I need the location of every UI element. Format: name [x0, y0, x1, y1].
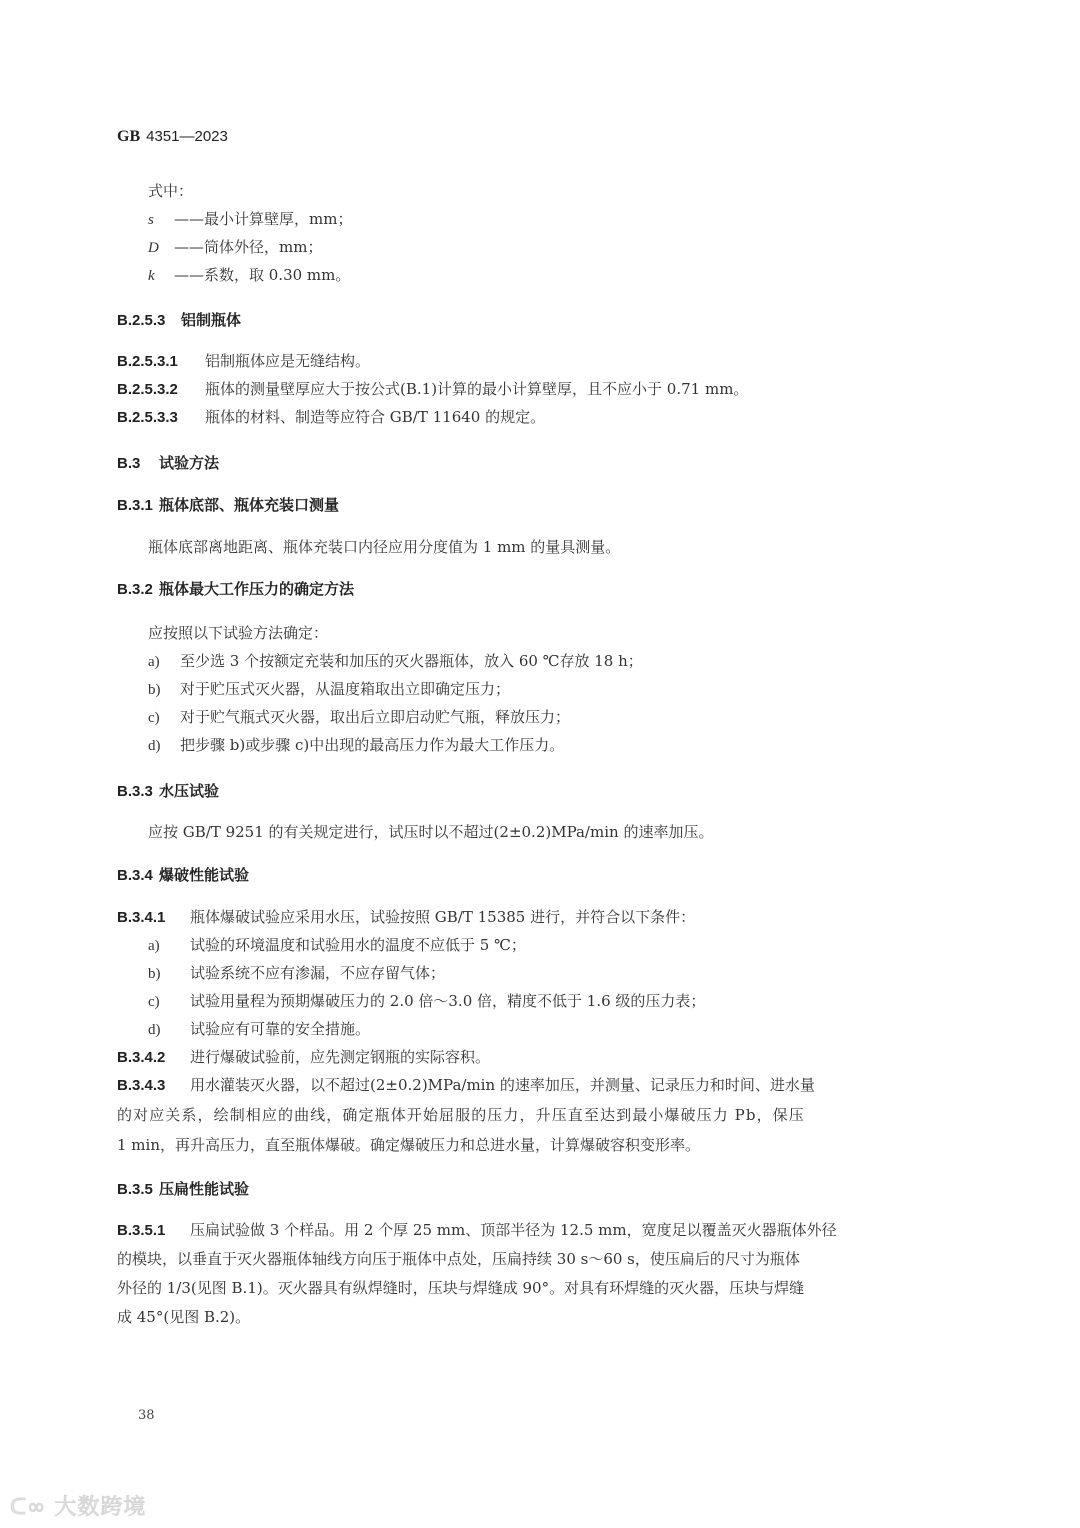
item-label: b) [148, 682, 180, 699]
clause-b351-line2: 的模块，以垂直于灭火器瓶体轴线方向压于瓶体中点处，压扁持续 30 s～60 s，… [117, 1248, 800, 1269]
item-text: 试验用量程为预期爆破压力的 2.0 倍～3.0 倍，精度不低于 1.6 级的压力… [190, 992, 705, 1010]
list-item: c)对于贮气瓶式灭火器，取出后立即启动贮气瓶，释放压力； [148, 706, 570, 727]
item-label: c) [148, 994, 190, 1011]
heading-title: 瓶体最大工作压力的确定方法 [159, 580, 354, 598]
clause-b342: B.3.4.2进行爆破试验前，应先测定钢瓶的实际容积。 [117, 1046, 490, 1067]
standard-code: 4351—2023 [146, 128, 228, 145]
heading-b253: B.2.5.3铝制瓶体 [117, 309, 241, 330]
item-text: 试验系统不应有渗漏，不应存留气体； [190, 964, 445, 982]
list-item: a)试验的环境温度和试验用水的温度不应低于 5 ℃； [148, 934, 526, 955]
clause-b2533: B.2.5.3.3瓶体的材料、制造等应符合 GB/T 11640 的规定。 [117, 406, 545, 427]
clause-number: B.3.5 [117, 1181, 159, 1198]
clause-text: 进行爆破试验前，应先测定钢瓶的实际容积。 [190, 1048, 490, 1066]
heading-b3: B.3试验方法 [117, 452, 219, 473]
list-item: b)试验系统不应有渗漏，不应存留气体； [148, 962, 445, 983]
var-k: k——系数，取 0.30 mm。 [148, 264, 350, 285]
heading-title: 爆破性能试验 [159, 866, 249, 884]
intro-b32: 应按照以下试验方法确定： [148, 622, 328, 643]
item-text: 至少选 3 个按额定充装和加压的灭火器瓶体，放入 60 ℃存放 18 h； [180, 652, 643, 670]
paragraph-b31: 瓶体底部离地距离、瓶体充装口内径应用分度值为 1 mm 的量具测量。 [148, 536, 620, 557]
heading-b31: B.3.1瓶体底部、瓶体充装口测量 [117, 494, 339, 515]
var-symbol: D [148, 240, 174, 257]
item-text: 把步骤 b)或步骤 c)中出现的最高压力作为最大工作压力。 [180, 736, 564, 754]
clause-b343-line1: B.3.4.3用水灌装灭火器，以不超过(2±0.2)MPa/min 的速率加压，… [117, 1074, 815, 1095]
heading-title: 水压试验 [159, 782, 219, 800]
clause-b351-line3: 外径的 1/3(见图 B.1)。灭火器具有纵焊缝时，压块与焊缝成 90°。对具有… [117, 1277, 804, 1298]
item-text: 对于贮气瓶式灭火器，取出后立即启动贮气瓶，释放压力； [180, 708, 570, 726]
heading-title: 铝制瓶体 [181, 311, 241, 329]
clause-b2531: B.2.5.3.1铝制瓶体应是无缝结构。 [117, 350, 370, 371]
clause-b343-line2: 的对应关系，绘制相应的曲线，确定瓶体开始屈服的压力，升压直至达到最小爆破压力 P… [117, 1104, 805, 1125]
heading-title: 试验方法 [159, 454, 219, 472]
item-label: d) [148, 1022, 190, 1039]
item-label: a) [148, 938, 190, 955]
clause-number: B.2.5.3.2 [117, 381, 205, 398]
item-label: b) [148, 966, 190, 983]
clause-number: B.3.4 [117, 867, 159, 884]
list-item: a)至少选 3 个按额定充装和加压的灭火器瓶体，放入 60 ℃存放 18 h； [148, 650, 643, 671]
clause-number: B.3.4.2 [117, 1049, 190, 1066]
var-desc: ——筒体外径，mm； [174, 238, 322, 256]
list-item: c)试验用量程为预期爆破压力的 2.0 倍～3.0 倍，精度不低于 1.6 级的… [148, 990, 705, 1011]
standard-prefix: GB [117, 128, 140, 145]
clause-text: 铝制瓶体应是无缝结构。 [205, 352, 370, 370]
clause-text: 瓶体爆破试验应采用水压，试验按照 GB/T 15385 进行，并符合以下条件： [190, 908, 695, 926]
clause-b351-line1: B.3.5.1压扁试验做 3 个样品。用 2 个厚 25 mm、顶部半径为 12… [117, 1219, 837, 1240]
clause-text: 用水灌装灭火器，以不超过(2±0.2)MPa/min 的速率加压，并测量、记录压… [190, 1076, 815, 1094]
clause-text: 瓶体的材料、制造等应符合 GB/T 11640 的规定。 [205, 408, 545, 426]
clause-number: B.3.4.3 [117, 1077, 190, 1094]
clause-number: B.3 [117, 455, 159, 472]
var-symbol: s [148, 212, 174, 229]
var-desc: ——最小计算壁厚，mm； [174, 210, 352, 228]
clause-number: B.3.3 [117, 783, 159, 800]
list-item: d)试验应有可靠的安全措施。 [148, 1018, 370, 1039]
item-text: 对于贮压式灭火器，从温度箱取出立即确定压力； [180, 680, 510, 698]
heading-b35: B.3.5压扁性能试验 [117, 1178, 249, 1199]
item-label: c) [148, 710, 180, 727]
heading-title: 压扁性能试验 [159, 1180, 249, 1198]
standard-number: GB4351—2023 [117, 128, 228, 146]
paragraph-b33: 应按 GB/T 9251 的有关规定进行，试压时以不超过(2±0.2)MPa/m… [148, 821, 713, 842]
item-label: d) [148, 738, 180, 755]
clause-number: B.3.4.1 [117, 909, 190, 926]
watermark: ᑕ∞ 大数跨境 [10, 1490, 146, 1521]
clause-number: B.2.5.3.3 [117, 409, 205, 426]
watermark-text: 大数跨境 [54, 1495, 146, 1520]
heading-b32: B.3.2瓶体最大工作压力的确定方法 [117, 578, 354, 599]
clause-b343-line3: 1 min，再升高压力，直至瓶体爆破。确定爆破压力和总进水量，计算爆破容积变形率… [117, 1134, 700, 1155]
var-desc: ——系数，取 0.30 mm。 [174, 266, 350, 284]
clause-b351-line4: 成 45°(见图 B.2)。 [117, 1306, 250, 1327]
item-text: 试验的环境温度和试验用水的温度不应低于 5 ℃； [190, 936, 526, 954]
item-text: 试验应有可靠的安全措施。 [190, 1020, 370, 1038]
clause-number: B.2.5.3 [117, 312, 181, 329]
document-page: GB4351—2023 式中： s——最小计算壁厚，mm； D——筒体外径，mm… [0, 0, 1080, 1528]
list-item: b)对于贮压式灭火器，从温度箱取出立即确定压力； [148, 678, 510, 699]
heading-b34: B.3.4爆破性能试验 [117, 864, 249, 885]
var-D: D——筒体外径，mm； [148, 236, 322, 257]
clause-text: 压扁试验做 3 个样品。用 2 个厚 25 mm、顶部半径为 12.5 mm，宽… [190, 1221, 837, 1239]
list-item: d)把步骤 b)或步骤 c)中出现的最高压力作为最大工作压力。 [148, 734, 564, 755]
var-symbol: k [148, 268, 174, 285]
clause-number: B.2.5.3.1 [117, 353, 205, 370]
clause-b2532: B.2.5.3.2瓶体的测量壁厚应大于按公式(B.1)计算的最小计算壁厚，且不应… [117, 378, 748, 399]
clause-b341: B.3.4.1瓶体爆破试验应采用水压，试验按照 GB/T 15385 进行，并符… [117, 906, 695, 927]
heading-b33: B.3.3水压试验 [117, 780, 219, 801]
clause-number: B.3.1 [117, 497, 159, 514]
watermark-logo-icon: ᑕ∞ [10, 1495, 54, 1520]
item-label: a) [148, 654, 180, 671]
clause-number: B.3.2 [117, 581, 159, 598]
page-number: 38 [138, 1408, 155, 1423]
clause-text: 瓶体的测量壁厚应大于按公式(B.1)计算的最小计算壁厚，且不应小于 0.71 m… [205, 380, 748, 398]
clause-number: B.3.5.1 [117, 1222, 190, 1239]
where-intro: 式中： [148, 180, 193, 201]
var-s: s——最小计算壁厚，mm； [148, 208, 352, 229]
heading-title: 瓶体底部、瓶体充装口测量 [159, 496, 339, 514]
